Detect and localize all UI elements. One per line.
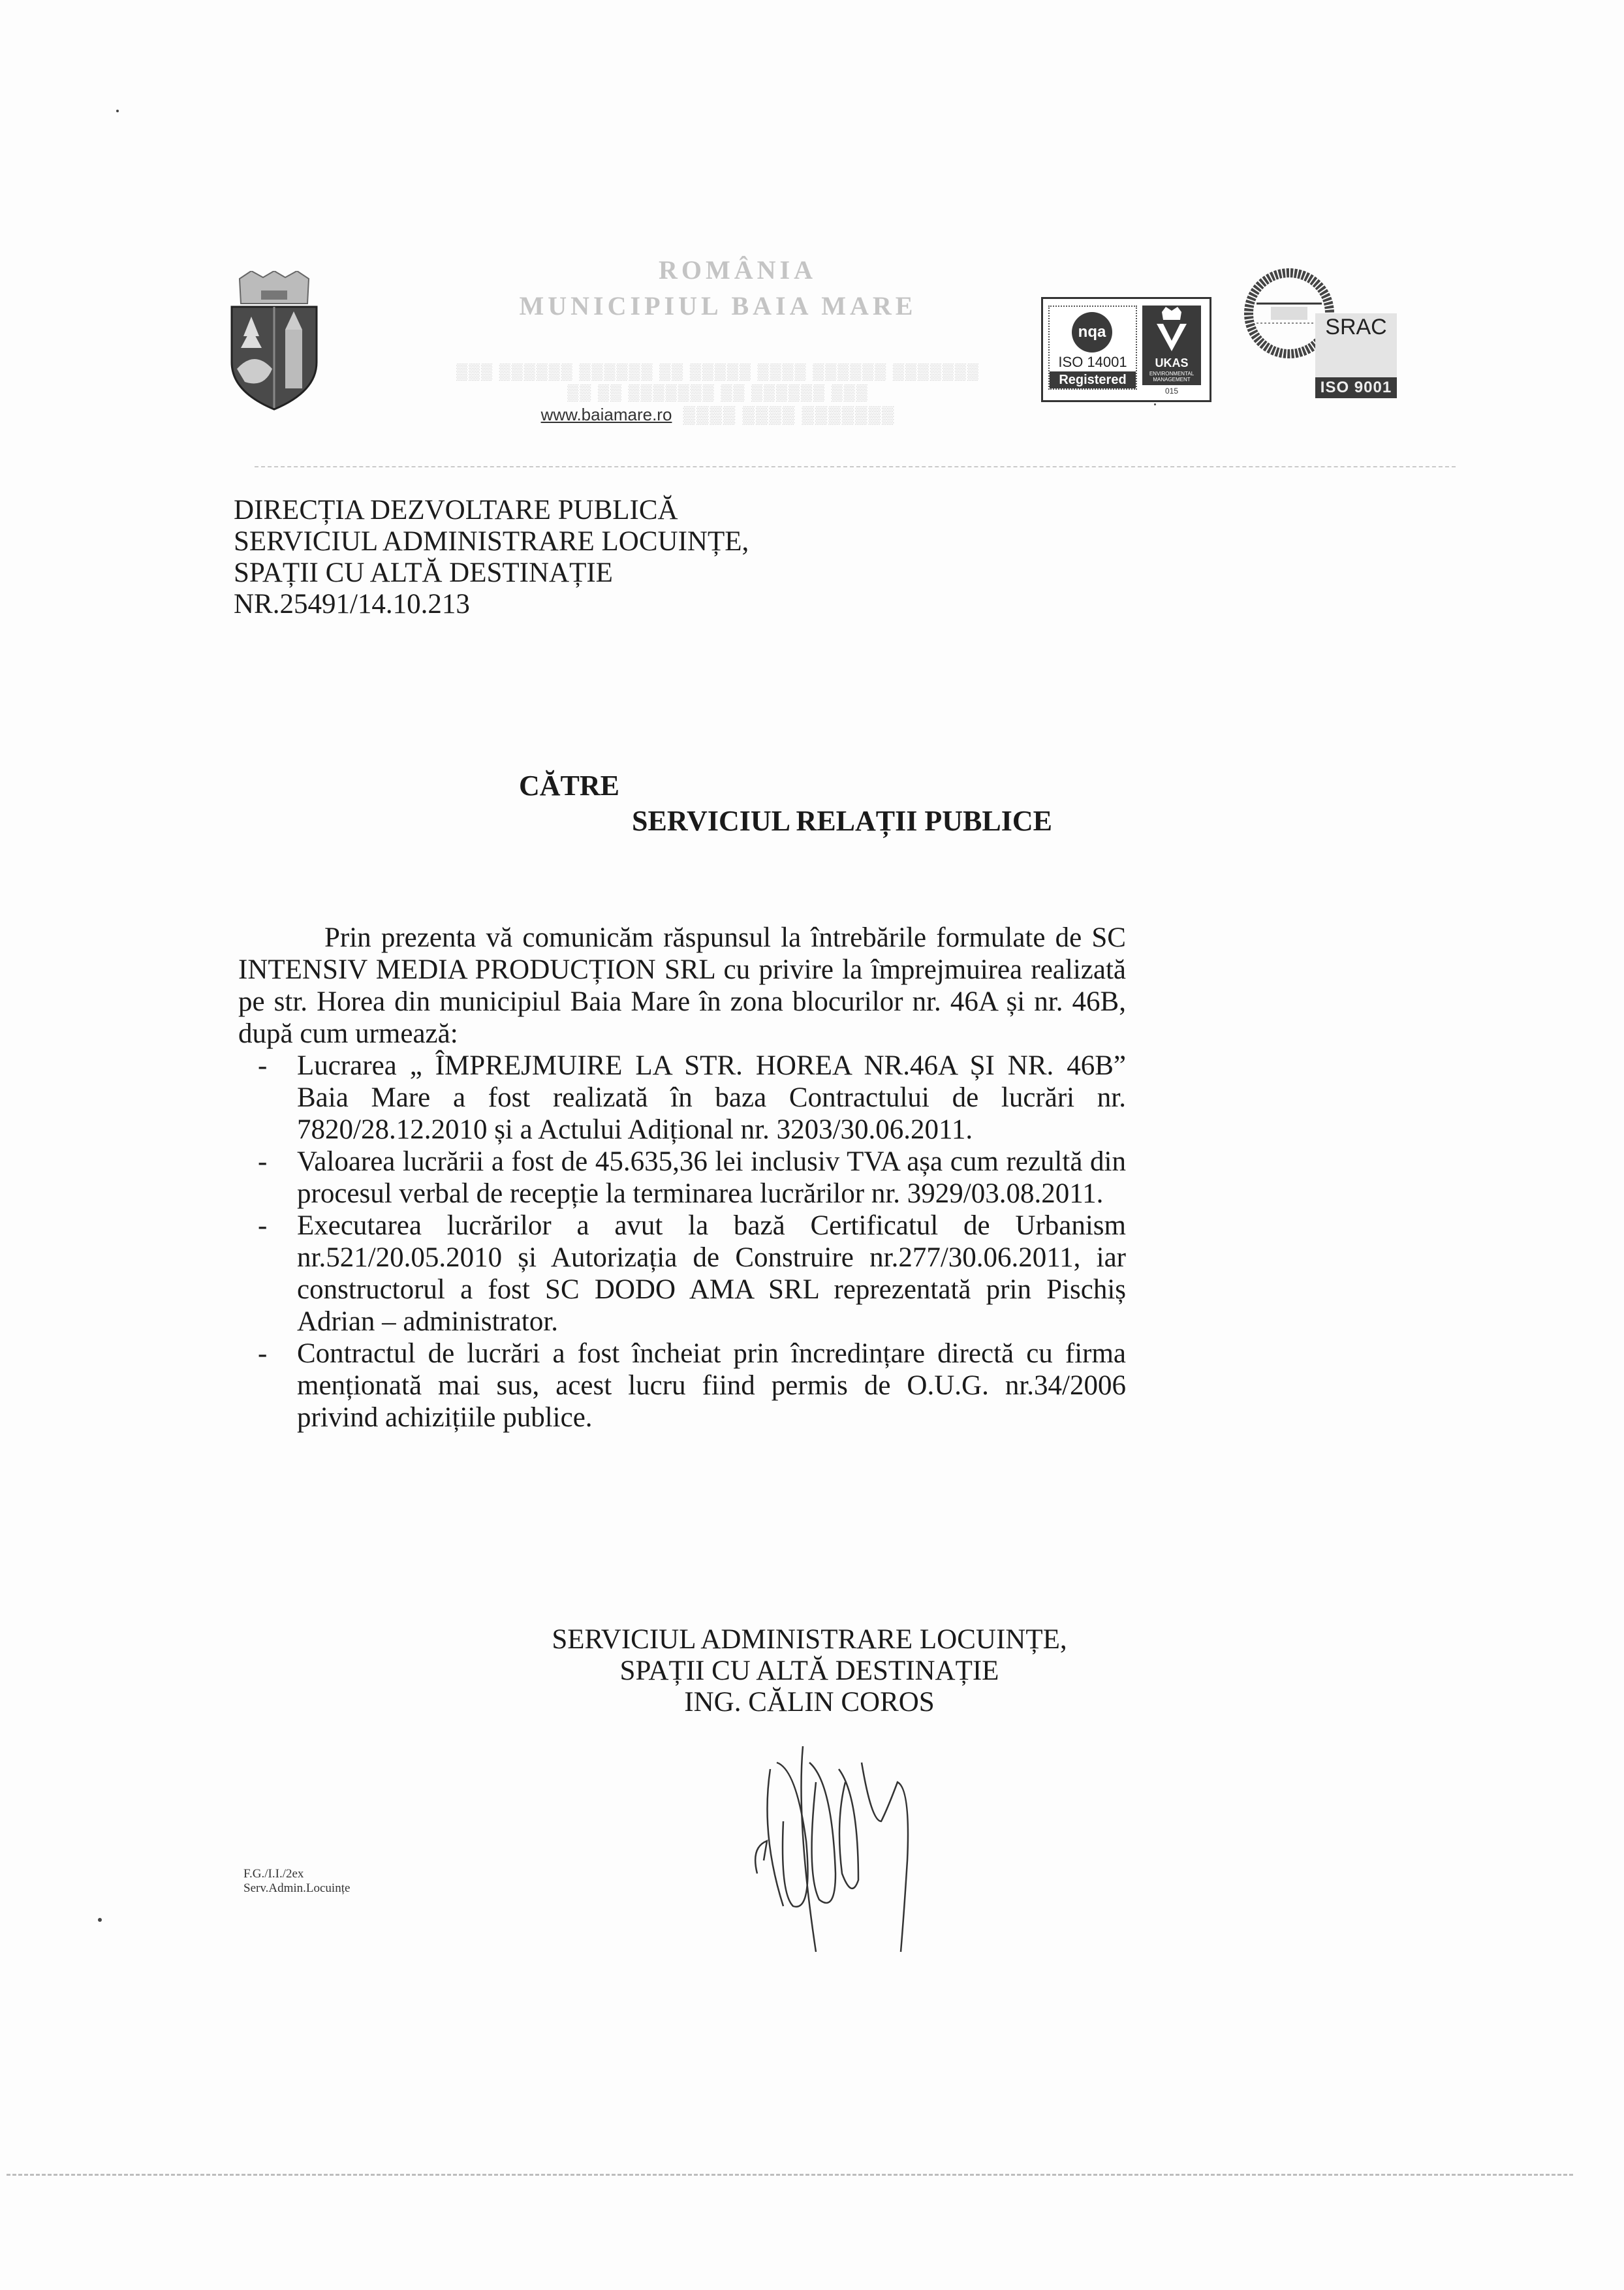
recipient-name: SERVICIUL RELAȚII PUBLICE [632, 804, 1052, 838]
email-faded: ▒▒▒▒ ▒▒▒▒ ▒▒▒▒▒▒▒ [683, 405, 896, 424]
registered-badge: Registered [1050, 371, 1136, 388]
answer-item: Valoarea lucrării a fost de 45.635,36 le… [297, 1146, 1126, 1210]
scan-speck [1154, 403, 1156, 405]
letter-body: Prin prezenta vă comunicăm răspunsul la … [238, 922, 1126, 1434]
sender-service: SERVICIUL ADMINISTRARE LOCUINȚE, [234, 526, 749, 557]
document-reference: F.G./I.I./2ex Serv.Admin.Locuințe [243, 1867, 350, 1896]
answer-item: Executarea lucrărilor a avut la bază Cer… [297, 1210, 1126, 1338]
intro-paragraph: Prin prezenta vă comunicăm răspunsul la … [238, 922, 1126, 1050]
handwritten-signature-icon [744, 1743, 927, 1958]
copy-reference: F.G./I.I./2ex [243, 1867, 350, 1881]
signature-block: SERVICIUL ADMINISTRARE LOCUINȚE, SPAȚII … [457, 1624, 1162, 1718]
sender-block: DIRECȚIA DEZVOLTARE PUBLICĂ SERVICIUL AD… [234, 495, 749, 620]
srac-label: SRAC [1315, 316, 1397, 338]
website-link[interactable]: www.baiamare.ro [541, 405, 672, 424]
sender-directorate: DIRECȚIA DEZVOLTARE PUBLICĂ [234, 495, 749, 526]
department-reference: Serv.Admin.Locuințe [243, 1881, 350, 1896]
ukas-logo: UKAS ENVIRONMENTAL MANAGEMENT [1142, 306, 1201, 385]
header-divider [255, 466, 1456, 467]
nqa-logo-icon: nqa [1072, 312, 1112, 353]
scanned-letter-page: ROMÂNIA MUNICIPIUL BAIA MARE ▒▒▒ ▒▒▒▒▒▒ … [0, 0, 1624, 2290]
signatory-name: ING. CĂLIN COROS [457, 1687, 1162, 1718]
signatory-service: SERVICIUL ADMINISTRARE LOCUINȚE, [457, 1624, 1162, 1655]
crown-check-icon [1142, 306, 1201, 356]
ukas-number: 015 [1142, 386, 1201, 396]
recipient-label: CĂTRE [519, 769, 619, 802]
answer-item: Contractul de lucrări a fost încheiat pr… [297, 1338, 1126, 1434]
registration-number: NR.25491/14.10.213 [234, 589, 749, 620]
iso14001-certification-logo: nqa ISO 14001 Registered UKAS ENVIRONMEN… [1041, 297, 1211, 402]
signatory-service-cont: SPAȚII CU ALTĂ DESTINAȚIE [457, 1655, 1162, 1687]
municipality-name: MUNICIPIUL BAIA MARE [418, 290, 1018, 321]
letterhead: ROMÂNIA MUNICIPIUL BAIA MARE ▒▒▒ ▒▒▒▒▒▒ … [418, 255, 1018, 425]
address-faded: ▒▒▒ ▒▒▒▒▒▒ ▒▒▒▒▒▒ ▒▒ ▒▒▒▒▒ ▒▒▒▒ ▒▒▒▒▒▒ ▒… [418, 362, 1018, 403]
country-name: ROMÂNIA [457, 255, 1018, 285]
srac-iso9001-logo: SRAC ISO 9001 [1315, 313, 1397, 398]
iso14001-label: ISO 14001 [1050, 354, 1136, 371]
iso9001-label: ISO 9001 [1315, 377, 1397, 398]
coat-of-arms-icon [225, 271, 323, 411]
scan-speck [116, 110, 119, 112]
sender-service-cont: SPAȚII CU ALTĂ DESTINAȚIE [234, 557, 749, 589]
scan-speck [98, 1918, 102, 1922]
answer-item: Lucrarea „ ÎMPREJMUIRE LA STR. HOREA NR.… [297, 1050, 1126, 1146]
answer-list: Lucrarea „ ÎMPREJMUIRE LA STR. HOREA NR.… [238, 1050, 1126, 1434]
scanner-edge-line [7, 2174, 1573, 2176]
